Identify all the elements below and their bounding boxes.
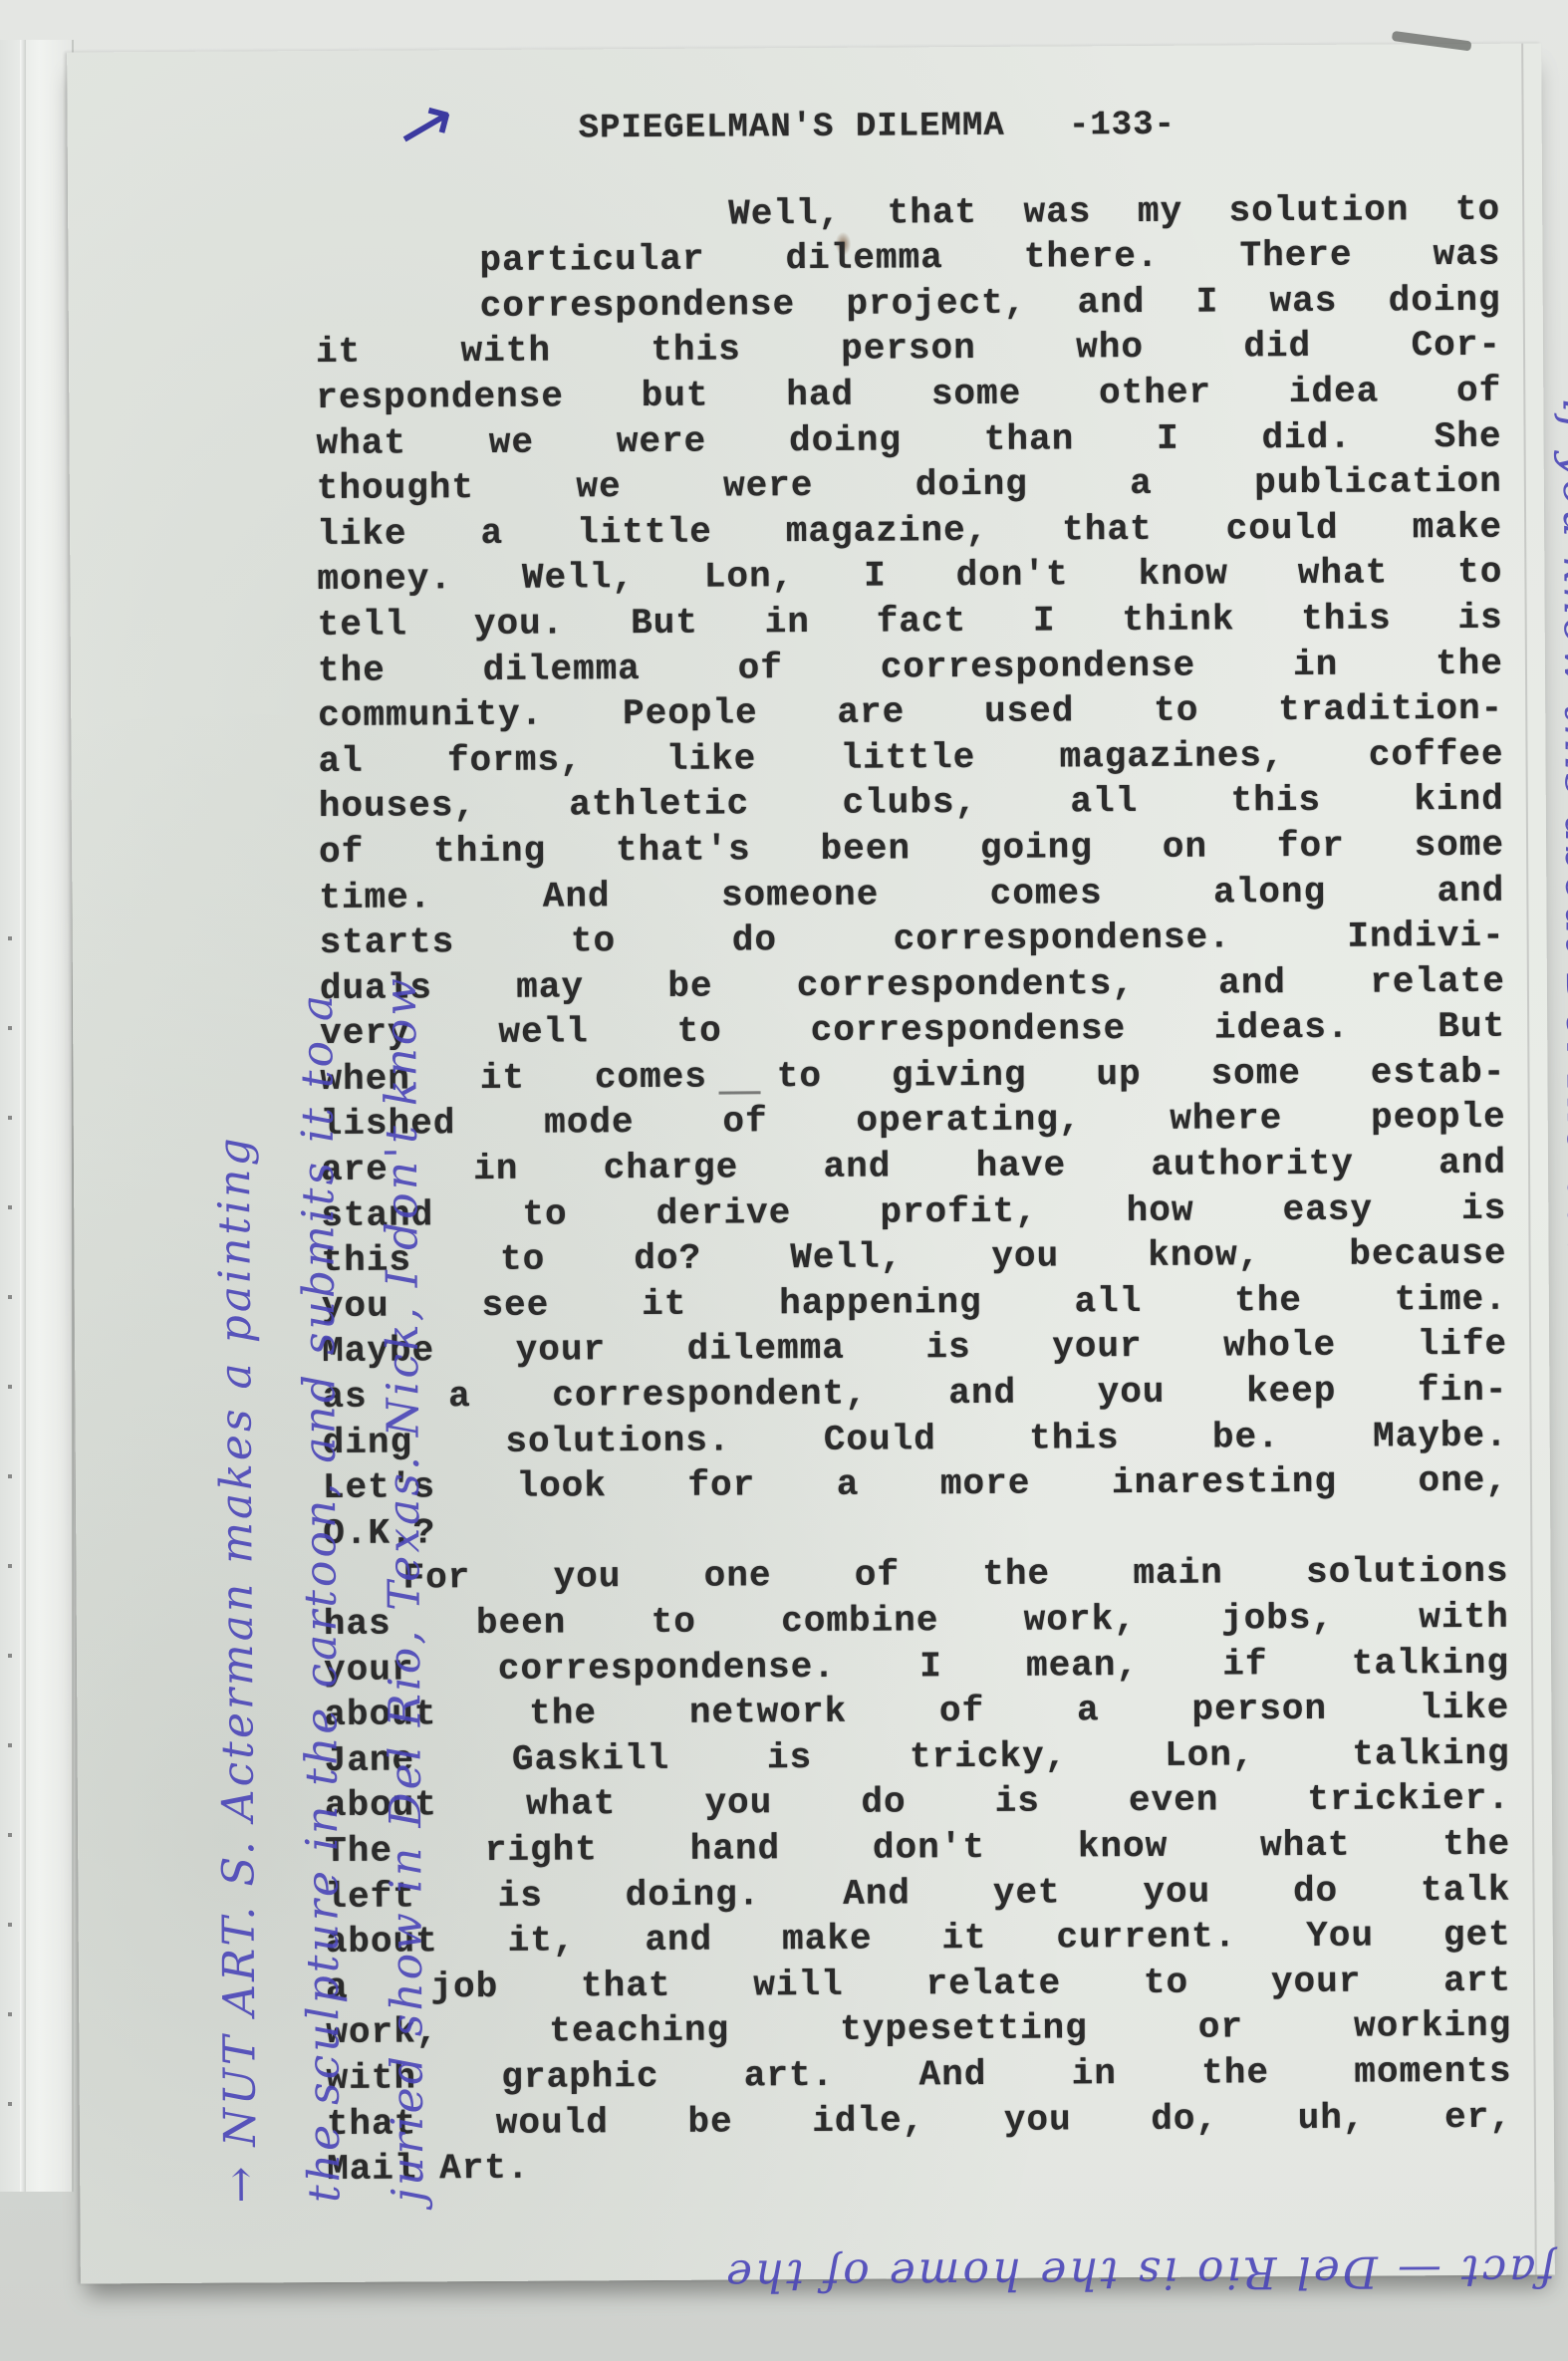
typed-line: Maybe your dilemma is your whole life <box>322 1322 1507 1375</box>
typed-line: Let's look for a more inaresting one, <box>323 1458 1508 1511</box>
typed-line: starts to do correspondense. Indivi- <box>320 914 1505 966</box>
typed-line: duals may be correspondents, and relate <box>320 958 1505 1011</box>
handwritten-note-line: juried show in Del Rio, Texas. Nick, I d… <box>360 975 451 2203</box>
typed-line: For you one of the main solutions <box>323 1549 1508 1602</box>
typed-line: ding solutions. Could this be. Maybe. <box>323 1413 1508 1465</box>
typed-line: your correspondense. I mean, if talking <box>324 1640 1509 1693</box>
typed-line: this to do? Well, you know, because <box>321 1231 1506 1284</box>
typed-line: has been to combine work, jobs, with <box>324 1595 1509 1648</box>
typed-line: work, teaching typesetting or working <box>326 2003 1511 2056</box>
bottom-annotation: fact — Del Rio is the home of the <box>340 2244 1555 2302</box>
handwritten-note-line: → NUT ART. S. Acterman makes a painting <box>192 976 284 2204</box>
page-number: -133- <box>1069 107 1176 145</box>
typed-line: a job that will relate to your art <box>326 1958 1511 2010</box>
typed-line: O.K.? <box>323 1504 1508 1557</box>
typed-line: al forms, like little magazines, coffee <box>318 731 1503 784</box>
typed-line: about what you do is even trickier. <box>325 1776 1510 1829</box>
typed-underline <box>719 1091 761 1094</box>
typed-line: Well, that was my solution to <box>479 186 1500 238</box>
typed-line: stand to derive profit, how easy is <box>321 1185 1506 1238</box>
typed-line: particular dilemma there. There was <box>479 232 1500 284</box>
typed-line: Mail Art. <box>327 2140 1512 2193</box>
left-margin-annotation: → NUT ART. S. Acterman makes a painting … <box>192 975 451 2204</box>
typed-text: SPIEGELMAN'S DILEMMA -133- Well, that wa… <box>315 102 1513 2193</box>
typed-line: of thing that's been going on for some <box>319 823 1504 876</box>
punch-dots <box>8 936 12 2132</box>
typed-line: respondense but had some other idea of <box>316 369 1501 421</box>
handwritten-note-line: the sculpture in the cartoon, and submit… <box>276 975 368 2203</box>
typed-line: about the network of a person like <box>324 1686 1509 1738</box>
typed-line: when it comes to giving up some estab- <box>320 1050 1505 1103</box>
typed-line: correspondense project, and I was doing <box>480 278 1501 330</box>
typed-line: that would be idle, you do, uh, er, <box>327 2094 1512 2147</box>
typed-line: like a little magazine, that could make <box>317 504 1502 557</box>
body-text: Well, that was my solution toparticular … <box>315 186 1512 2192</box>
typed-line: you see it happening all the time. <box>322 1277 1507 1330</box>
page-header: SPIEGELMAN'S DILEMMA -133- <box>579 102 1500 152</box>
typed-line: with graphic art. And in the moments <box>326 2049 1511 2102</box>
typed-line: community. People are used to tradition- <box>318 686 1503 739</box>
typed-line: money. Well, Lon, I don't know what to <box>317 550 1502 603</box>
typed-page: SPIEGELMAN'S DILEMMA -133- Well, that wa… <box>67 44 1555 2284</box>
right-fold-line <box>1521 44 1537 2275</box>
folded-left-leaf <box>0 40 74 2192</box>
page-title: SPIEGELMAN'S DILEMMA <box>579 108 1005 148</box>
handwritten-note: fact — Del Rio is the home of the <box>340 2244 1555 2302</box>
typed-line: Jane Gaskill is tricky, Lon, talking <box>325 1731 1510 1784</box>
typed-line: are in charge and have authority and <box>321 1141 1506 1193</box>
typed-line: as a correspondent, and you keep fin- <box>322 1368 1507 1421</box>
typed-line: left is doing. And yet you do talk <box>325 1867 1510 1920</box>
typed-line: The right hand don't know what the <box>325 1822 1510 1875</box>
typed-line: about it, and make it current. You get <box>326 1913 1511 1966</box>
typed-line: the dilemma of correspondense in the <box>318 641 1503 693</box>
typed-line: very well to correspondense ideas. But <box>320 1004 1505 1057</box>
page-crease <box>20 40 26 2192</box>
typed-line: thought we were doing a publication <box>317 459 1502 512</box>
typed-line: lished mode of operating, where people <box>321 1095 1506 1148</box>
typed-line: time. And someone comes along and <box>319 868 1504 920</box>
typed-line: tell you. But in fact I think this is <box>318 596 1503 649</box>
typed-line: it with this person who did Cor- <box>316 323 1501 376</box>
typed-line: houses, athletic clubs, all this kind <box>319 777 1504 830</box>
typed-line: what we were doing than I did. She <box>316 413 1501 466</box>
